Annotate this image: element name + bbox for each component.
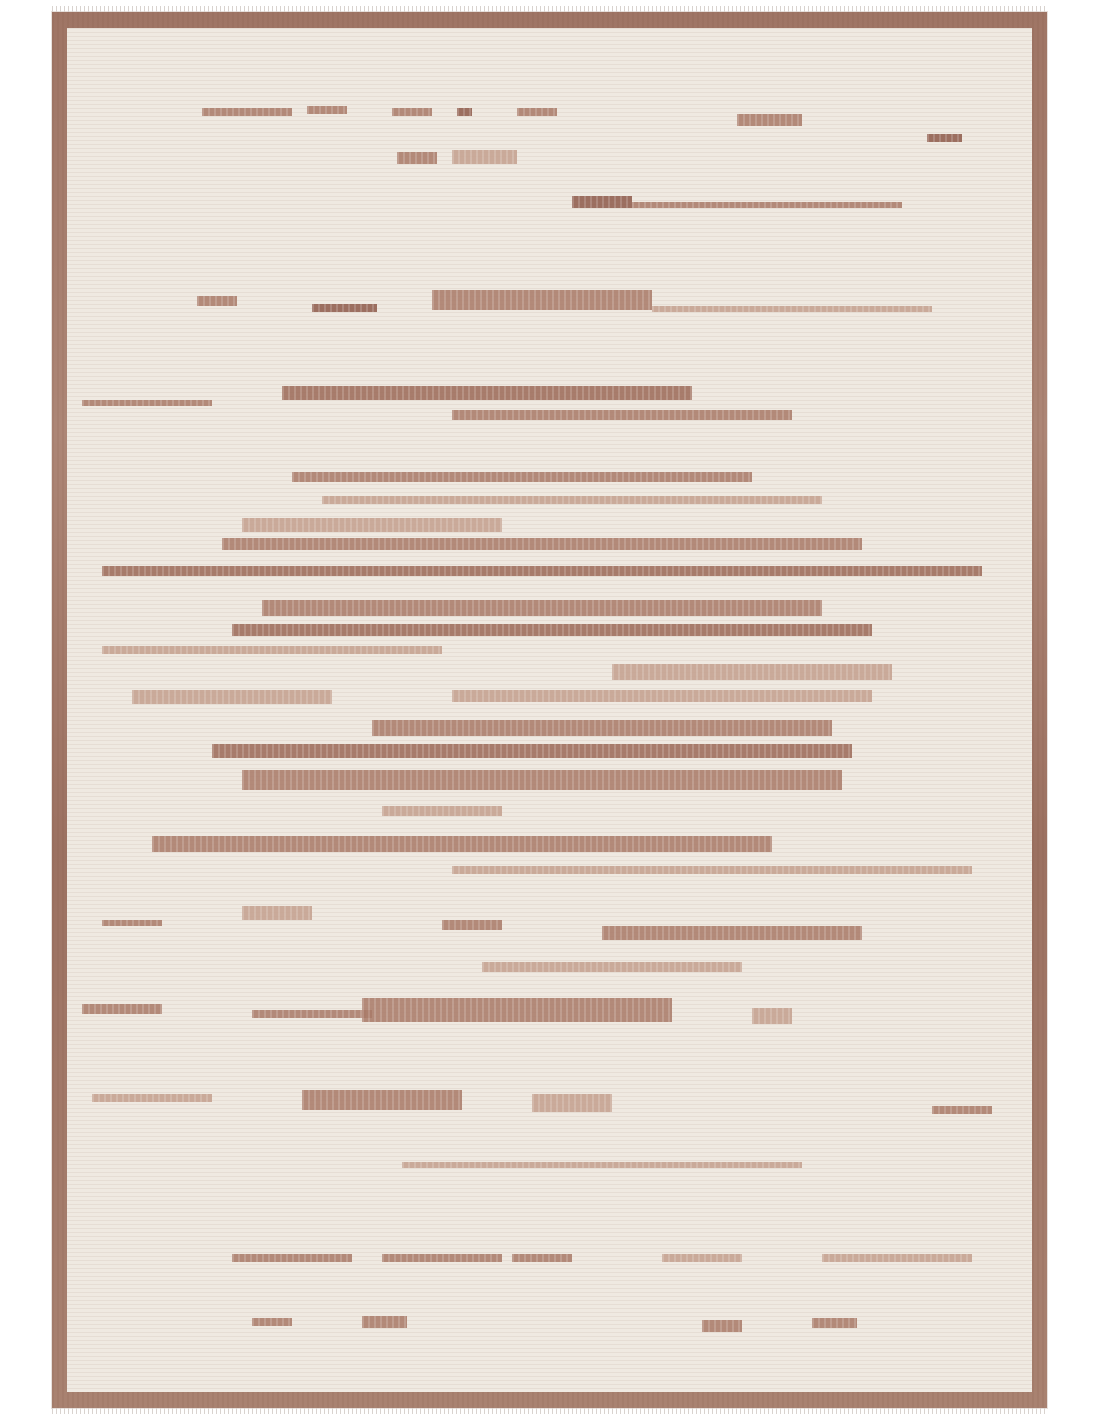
rug-motif-streak: [102, 646, 442, 654]
rug-motif-streak: [82, 400, 212, 406]
rug-motif-streak: [197, 296, 237, 306]
rug-fringe-top: [52, 6, 1047, 12]
rug-motif-streak: [232, 1254, 352, 1262]
rug-motif-streak: [652, 306, 932, 312]
rug-motif-streak: [222, 538, 862, 550]
rug-field: [67, 28, 1032, 1392]
rug-motif-streak: [517, 108, 557, 116]
rug-motif-streak: [402, 1162, 802, 1168]
rug-motif-streak: [362, 998, 672, 1022]
rug-motif-streak: [307, 106, 347, 114]
rug-motif-streak: [242, 906, 312, 920]
rug-motif-streak: [932, 1106, 992, 1114]
rug-motif-streak: [662, 1254, 742, 1262]
rug-motif-streak: [382, 806, 502, 816]
rug-motif-streak: [102, 566, 982, 576]
rug-motif-streak: [382, 1254, 502, 1262]
rug-motif-streak: [282, 386, 692, 400]
rug-motif-streak: [102, 920, 162, 926]
rug-motif-streak: [612, 664, 892, 680]
rug-motif-streak: [482, 962, 742, 972]
rug-motif-streak: [512, 1254, 572, 1262]
rug-motif-streak: [702, 1320, 742, 1332]
rug-motif-streak: [452, 150, 517, 164]
rug-motif-streak: [242, 518, 502, 532]
rug-motif-streak: [452, 866, 972, 874]
rug-motif-streak: [457, 108, 472, 116]
rug-motif-streak: [262, 600, 822, 616]
rug-motif-streak: [632, 202, 902, 208]
rug-motif-streak: [152, 836, 772, 852]
rug-motif-streak: [532, 1094, 612, 1112]
rug-motif-streak: [242, 770, 842, 790]
rug-motif-streak: [812, 1318, 857, 1328]
rug-motif-streak: [292, 472, 752, 482]
rug-motif-streak: [252, 1010, 372, 1018]
rug-motif-streak: [392, 108, 432, 116]
rug-motif-streak: [362, 1316, 407, 1328]
rug-motif-streak: [602, 926, 862, 940]
rug-motif-streak: [572, 196, 632, 208]
rug-motif-streak: [212, 744, 852, 758]
rug-motif-streak: [232, 624, 872, 636]
rug-motif-streak: [442, 920, 502, 930]
rug-motif-streak: [372, 720, 832, 736]
rug-motif-streak: [302, 1090, 462, 1110]
rug-motif-streak: [927, 134, 962, 142]
rug-motif-streak: [397, 152, 437, 164]
rug-motif-streak: [432, 290, 652, 310]
rug-motif-streak: [92, 1094, 212, 1102]
rug-motif-streak: [752, 1008, 792, 1024]
rug-motif-streak: [252, 1318, 292, 1326]
rug-motif-streak: [452, 690, 872, 702]
rug-motif-streak: [312, 304, 377, 312]
rug-motif-streak: [822, 1254, 972, 1262]
rug: [52, 12, 1047, 1408]
rug-motif-streak: [82, 1004, 162, 1014]
rug-motif-streak: [452, 410, 792, 420]
rug-motif-streak: [322, 496, 822, 504]
rug-fringe-bottom: [52, 1408, 1047, 1414]
rug-motif-streak: [737, 114, 802, 126]
rug-motif-streak: [202, 108, 292, 116]
rug-motif-streak: [132, 690, 332, 704]
